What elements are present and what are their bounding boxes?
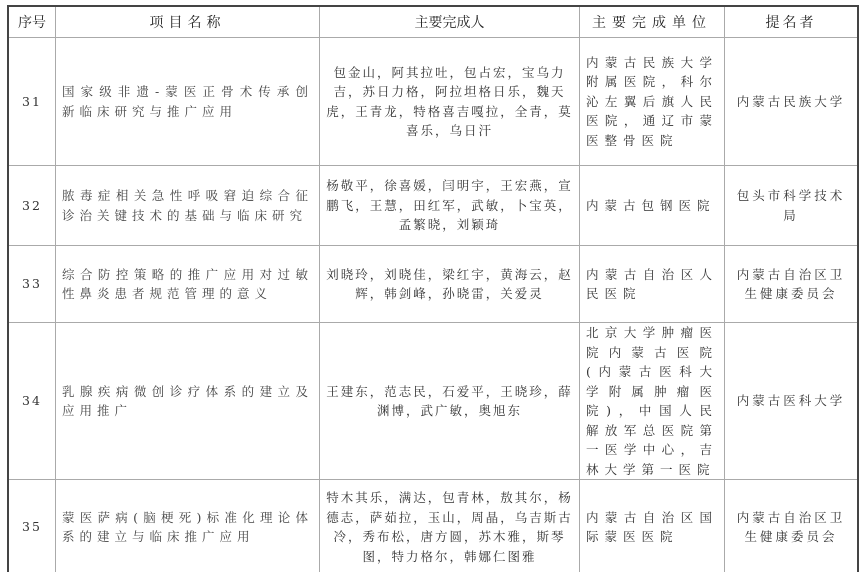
project-name: 综合防控策略的推广应用对过敏性鼻炎患者规范管理的意义 <box>56 246 320 323</box>
nominator: 内蒙古自治区卫生健康委员会 <box>725 480 859 572</box>
header-serial-no: 序号 <box>8 6 56 38</box>
header-project-name: 项目名称 <box>56 6 320 38</box>
project-name: 蒙医萨病(脑梗死)标准化理论体系的建立与临床推广应用 <box>56 480 320 572</box>
serial-no: 33 <box>8 246 56 323</box>
main-contributors: 包金山，阿其拉吐，包占宏，宝乌力吉，苏日力格，阿拉坦格日乐，魏天虎，王青龙，特格… <box>320 38 580 166</box>
serial-no: 32 <box>8 166 56 246</box>
nominator: 内蒙古自治区卫生健康委员会 <box>725 246 859 323</box>
main-contributors: 特木其乐，满达，包青林，敖其尔，杨德志，萨茹拉，玉山，周晶，乌吉斯古冷，秀布松，… <box>320 480 580 572</box>
main-contributors: 杨敬平，徐喜媛，闫明宇，王宏燕，宣鹏飞，王慧，田红军，武敏，卜宝英，孟繁晓，刘颖… <box>320 166 580 246</box>
main-contributors: 王建东，范志民，石爱平，王晓珍，薛渊博，武广敏，奥旭东 <box>320 323 580 480</box>
nominator: 内蒙古医科大学 <box>725 323 859 480</box>
header-nominator: 提名者 <box>725 6 859 38</box>
nominator: 内蒙古民族大学 <box>725 38 859 166</box>
serial-no: 31 <box>8 38 56 166</box>
awards-table: 序号 项目名称 主要完成人 主要完成单位 提名者 31 国家级非遗-蒙医正骨术传… <box>7 5 859 572</box>
table-row: 34 乳腺疾病微创诊疗体系的建立及应用推广 王建东，范志民，石爱平，王晓珍，薛渊… <box>8 323 858 480</box>
project-name: 国家级非遗-蒙医正骨术传承创新临床研究与推广应用 <box>56 38 320 166</box>
main-units: 内蒙古包钢医院 <box>580 166 725 246</box>
table-row: 31 国家级非遗-蒙医正骨术传承创新临床研究与推广应用 包金山，阿其拉吐，包占宏… <box>8 38 858 166</box>
table-header-row: 序号 项目名称 主要完成人 主要完成单位 提名者 <box>8 6 858 38</box>
nominator: 包头市科学技术局 <box>725 166 859 246</box>
table-row: 35 蒙医萨病(脑梗死)标准化理论体系的建立与临床推广应用 特木其乐，满达，包青… <box>8 480 858 572</box>
table-row: 33 综合防控策略的推广应用对过敏性鼻炎患者规范管理的意义 刘晓玲，刘晓佳，梁红… <box>8 246 858 323</box>
main-units: 内蒙古民族大学附属医院，科尔沁左翼后旗人民医院，通辽市蒙医整骨医院 <box>580 38 725 166</box>
serial-no: 35 <box>8 480 56 572</box>
serial-no: 34 <box>8 323 56 480</box>
table-row: 32 脓毒症相关急性呼吸窘迫综合征诊治关键技术的基础与临床研究 杨敬平，徐喜媛，… <box>8 166 858 246</box>
header-main-units: 主要完成单位 <box>580 6 725 38</box>
main-units: 内蒙古自治区人民医院 <box>580 246 725 323</box>
main-contributors: 刘晓玲，刘晓佳，梁红宇，黄海云，赵辉，韩剑峰，孙晓雷，关爱灵 <box>320 246 580 323</box>
main-units: 北京大学肿瘤医院内蒙古医院(内蒙古医科大学附属肿瘤医院)，中国人民解放军总医院第… <box>580 323 725 480</box>
main-units: 内蒙古自治区国际蒙医医院 <box>580 480 725 572</box>
project-name: 乳腺疾病微创诊疗体系的建立及应用推广 <box>56 323 320 480</box>
project-name: 脓毒症相关急性呼吸窘迫综合征诊治关键技术的基础与临床研究 <box>56 166 320 246</box>
header-main-contributors: 主要完成人 <box>320 6 580 38</box>
